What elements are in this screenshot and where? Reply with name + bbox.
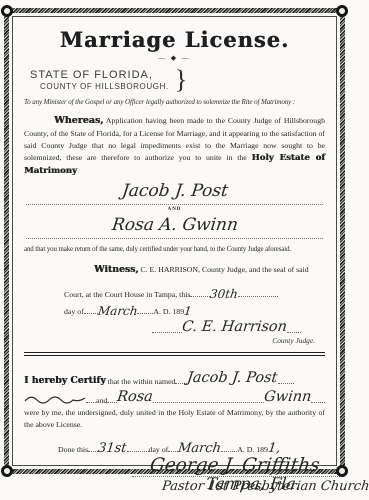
day-of-label: day of bbox=[64, 307, 84, 316]
and-ornament: and bbox=[24, 205, 325, 213]
section-divider-rule bbox=[24, 352, 325, 356]
judge-title: County Judge. bbox=[24, 336, 315, 345]
county-line: COUNTY OF HILLSBOROUGH. bbox=[40, 82, 169, 91]
dotted-leader bbox=[84, 313, 98, 314]
dotted-leader bbox=[221, 451, 237, 452]
certify-bride-first-handwriting: Rosa bbox=[116, 390, 154, 405]
dotted-leader bbox=[153, 402, 264, 403]
dotted-leader bbox=[127, 451, 149, 452]
certify-lead: I hereby Certify bbox=[24, 375, 106, 386]
witness-lead: Witness, bbox=[94, 264, 138, 275]
groom-name-handwriting: Jacob J. Post bbox=[120, 181, 228, 202]
corner-ring-ornament bbox=[1, 5, 13, 17]
witness-block: Witness, C. E. HARRISON, County Judge, a… bbox=[64, 264, 325, 317]
corner-ring-ornament bbox=[336, 465, 348, 477]
document-title: Marriage License. bbox=[24, 27, 325, 52]
document-body: Marriage License. — ◆ — STATE OF FLORIDA… bbox=[12, 16, 337, 466]
day-handwriting: 30th bbox=[210, 288, 239, 300]
dotted-leader bbox=[238, 296, 278, 297]
place-note-handwriting: Tampa, Fla. bbox=[205, 474, 302, 493]
done-day-handwriting: 31st bbox=[97, 442, 127, 455]
fleuron-ornament: — ◆ — bbox=[24, 54, 325, 62]
dotted-leader bbox=[190, 296, 210, 297]
brace-glyph: } bbox=[175, 69, 187, 91]
certificate-body: were by me, the undersigned, duly united… bbox=[24, 407, 325, 432]
witness-line-1-text: C. E. HARRISON, County Judge, and the se… bbox=[138, 265, 308, 274]
dotted-leader bbox=[287, 332, 301, 333]
done-month-handwriting: March bbox=[177, 442, 222, 455]
groom-name-line: Jacob J. Post bbox=[26, 181, 323, 205]
judge-signature-handwriting: C. E. Harrison bbox=[181, 320, 288, 335]
certify-after-lead: that the within named bbox=[108, 377, 176, 386]
done-label: Done this bbox=[58, 445, 88, 454]
year-printed: A. D. 189 bbox=[153, 307, 184, 316]
pen-flourish-icon bbox=[24, 395, 86, 404]
corner-ring-ornament bbox=[336, 5, 348, 17]
done-line: Done this 31st day of March A. D. 189 1, bbox=[24, 436, 325, 454]
month-handwriting: March bbox=[97, 305, 138, 317]
certify-groom-handwriting: Jacob J. Post bbox=[187, 371, 279, 386]
dotted-leader bbox=[137, 313, 153, 314]
officiant-signature-handwriting: George J. Griffiths, bbox=[149, 455, 327, 476]
return-clause: and that you make return of the same, du… bbox=[24, 244, 325, 256]
certify-line-1: I hereby Certify that the within named J… bbox=[24, 365, 325, 386]
whereas-paragraph: Whereas, Application having been made to… bbox=[24, 115, 325, 177]
bride-name-line: Rosa A. Gwinn bbox=[26, 215, 323, 239]
witness-line-2: Court, at the Court House in Tampa, this… bbox=[64, 281, 325, 299]
state-county-block: STATE OF FLORIDA, COUNTY OF HILLSBOROUGH… bbox=[30, 69, 325, 91]
corner-ring-ornament bbox=[1, 465, 13, 477]
dotted-leader bbox=[86, 402, 96, 403]
scanned-marriage-license-page: Marriage License. — ◆ — STATE OF FLORIDA… bbox=[0, 0, 369, 500]
witness-line-1: Witness, C. E. HARRISON, County Judge, a… bbox=[64, 264, 325, 282]
state-line: STATE OF FLORIDA, bbox=[30, 69, 169, 81]
dotted-leader bbox=[152, 332, 182, 333]
certify-and-label: and bbox=[96, 396, 107, 405]
witness-line-3: day of March A. D. 189 1 bbox=[64, 299, 325, 317]
dotted-leader bbox=[311, 402, 325, 403]
state-county-lines: STATE OF FLORIDA, COUNTY OF HILLSBOROUGH… bbox=[30, 69, 169, 91]
done-year-printed: A. D. 189 bbox=[237, 445, 268, 454]
bride-name-handwriting: Rosa A. Gwinn bbox=[110, 215, 238, 236]
dotted-leader bbox=[278, 383, 294, 384]
done-day-of-label: day of bbox=[149, 445, 169, 454]
witness-line-2-text: Court, at the Court House in Tampa, this bbox=[64, 290, 190, 299]
ornamental-border-frame: Marriage License. — ◆ — STATE OF FLORIDA… bbox=[4, 8, 345, 474]
whereas-lead: Whereas, bbox=[54, 115, 103, 126]
certify-bride-last-handwriting: Gwinn bbox=[263, 390, 312, 405]
certify-line-2: and Rosa Gwinn bbox=[24, 386, 325, 405]
salutation-line: To any Minister of the Gospel or any Off… bbox=[24, 98, 325, 106]
done-year-handwriting: 1, bbox=[267, 442, 281, 455]
judge-signature-line: C. E. Harrison bbox=[152, 320, 325, 335]
year-handwriting: 1 bbox=[183, 305, 192, 317]
